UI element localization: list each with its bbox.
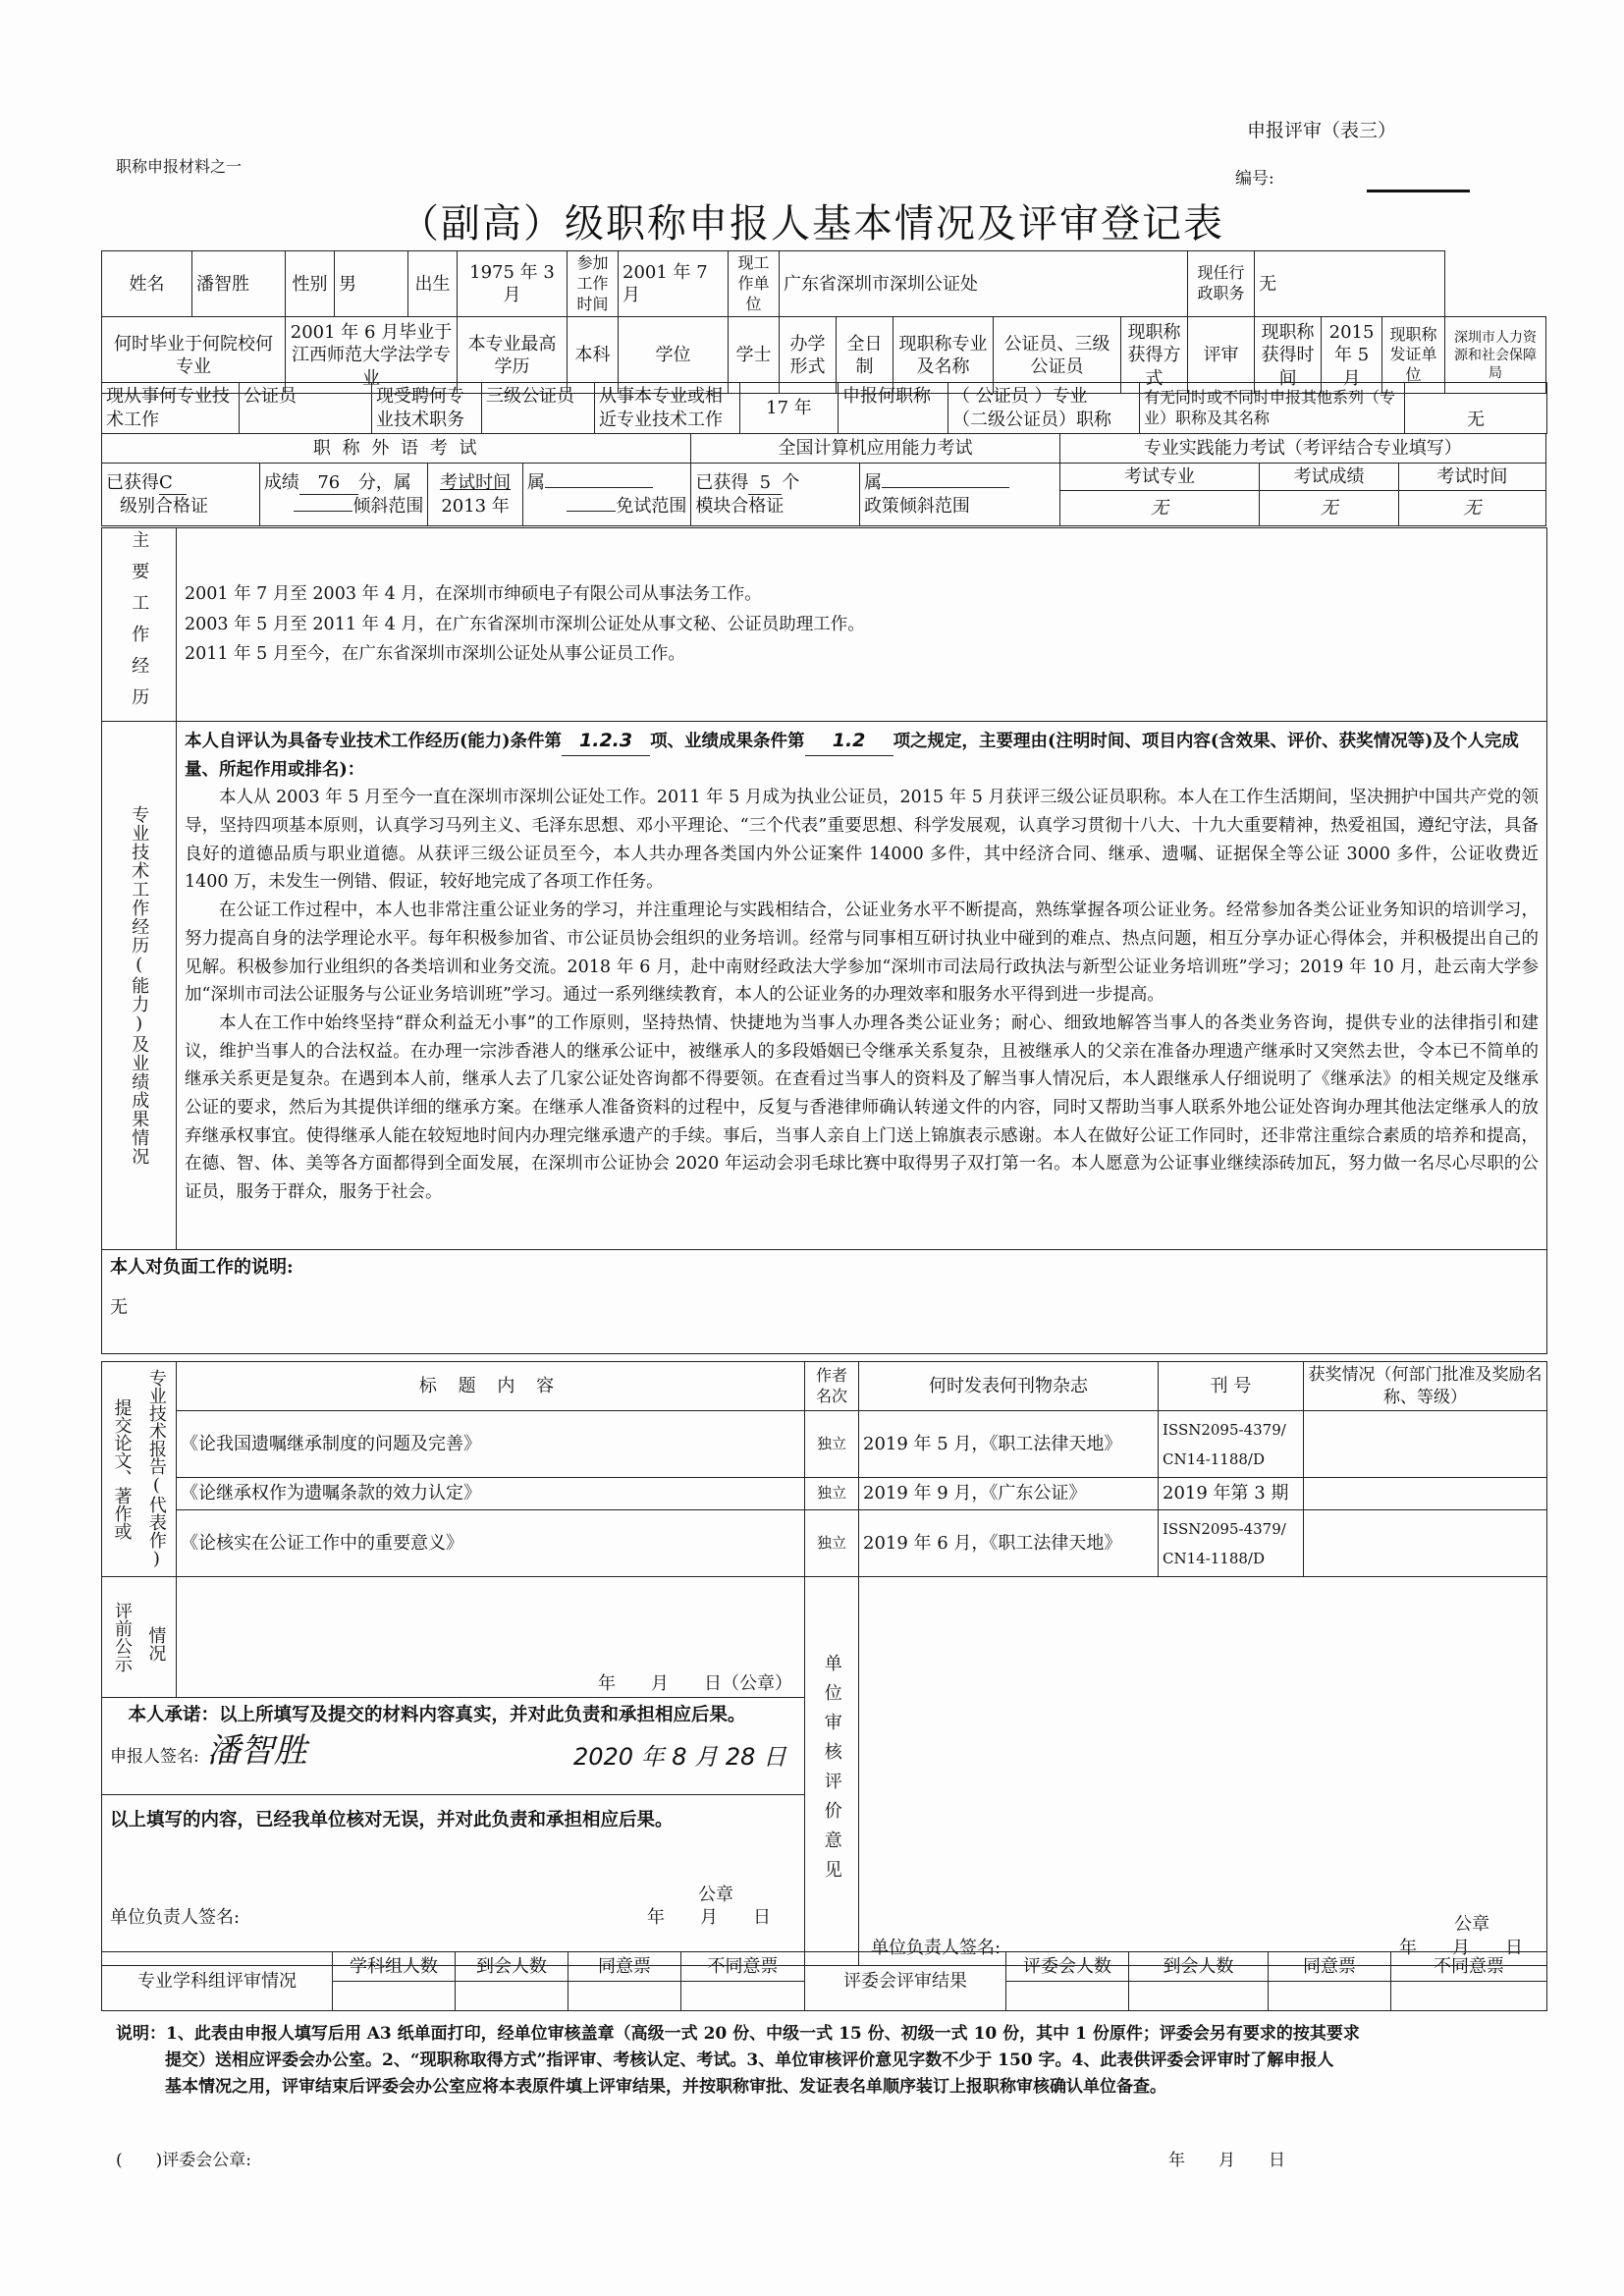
page-title: （副高）级职称申报人基本情况及评审登记表 (0, 192, 1624, 248)
pledge-cell: 本人承诺：以上所填写及提交的材料内容真实，并对此负责和承担相应后果。 申报人签名… (102, 1698, 805, 1795)
achievement-intro: 本人自评认为具备专业技术工作经历(能力)条件第1.2.3项、业绩成果条件第1.2… (185, 726, 1539, 784)
achievement-label-cell: 专业技术工作经历(能力)及业绩成果情况 (102, 722, 177, 1250)
tilt-label: 倾斜范围 (352, 496, 423, 517)
paper-award (1304, 1510, 1547, 1577)
exam-time-cell: 考试时间 2013 年 (428, 464, 522, 526)
practice-score-value: 无 (1260, 491, 1399, 526)
committee-col-agree: 同意票 (1269, 1952, 1391, 1982)
score-prefix: 成绩 (264, 472, 299, 493)
review-results-table: 专业学科组评审情况 学科组人数 到会人数 同意票 不同意票 评委会评审结果 评委… (101, 1951, 1547, 2011)
experience-label-cell: 主要工作经历 (102, 528, 177, 722)
note-line: 提交）送相应评委会办公室。2、“现职称取得方式”指评审、考核认定、考试。3、单位… (116, 2048, 1530, 2074)
group-col-disagree: 不同意票 (681, 1952, 805, 1982)
negative-label: 本人对负面工作的说明: (110, 1256, 1539, 1279)
note-line: 基本情况之用，评审结束后评委会办公室应将本表原件填上评审结果，并按职称审批、发证… (116, 2074, 1530, 2101)
modules-suffix: 个 (782, 472, 799, 493)
group-col-agree: 同意票 (568, 1952, 681, 1982)
group-col-present: 到会人数 (456, 1952, 568, 1982)
committee-col-present: 到会人数 (1129, 1952, 1269, 1982)
committee-disagree-field[interactable] (1391, 1982, 1547, 2011)
name-label: 姓名 (102, 251, 192, 317)
group-present-field[interactable] (456, 1982, 568, 2011)
unit-opinion-seal: 公章 (871, 1913, 1533, 1936)
exams-table: 职 称 外 语 考 试 全国计算机应用能力考试 专业实践能力考试（考评结合专业填… (101, 433, 1546, 526)
practice-col-score: 考试成绩 (1260, 464, 1399, 491)
review-opinion-table: 情况 评前公示 年 月 日（公章） 单位审核评价意见 公章 单位负责人签名: 年… (101, 1576, 1547, 1966)
unit-verify-cell: 以上填写的内容，已经我单位核对无误，并对此负责和承担相应后果。 公章 单位负责人… (102, 1795, 805, 1966)
paper-title: 《论核实在公证工作中的重要意义》 (177, 1510, 805, 1577)
paper-title: 《论继承权作为遗嘱条款的效力认定》 (177, 1478, 805, 1510)
achievement-paragraph: 本人在工作中始终坚持“群众利益无小事”的工作原则，坚持热情、快捷地为当事人办理各… (185, 1010, 1539, 1207)
foreign-exam-title: 职 称 外 语 考 试 (102, 434, 691, 464)
group-disagree-field[interactable] (681, 1982, 805, 2011)
basic-info-table: 姓名 潘智胜 性别 男 出生 1975 年 3 月 参加工作时间 2001 年 … (101, 250, 1546, 394)
modules-prefix: 已获得 (695, 472, 748, 493)
cert-suffix: 级别合格证 (106, 495, 255, 518)
practice-major-value: 无 (1059, 491, 1260, 526)
cert-cell: 已获得C 级别合格证 (102, 464, 260, 526)
papers-label-a: 提交论文、著作或 (110, 1369, 133, 1569)
committee-members-field[interactable] (1006, 1982, 1129, 2011)
paper-title: 《论我国遗嘱继承制度的问题及完善》 (177, 1411, 805, 1478)
work-start-label: 参加工作时间 (568, 251, 619, 317)
unit-verify-text: 以上填写的内容，已经我单位核对无误，并对此负责和承担相应后果。 (110, 1809, 796, 1832)
field-label: 现从事何专业技术工作 (102, 383, 240, 434)
paper-rank: 独立 (805, 1478, 859, 1510)
admin-post-label: 现任行政职务 (1188, 251, 1255, 317)
field-value: 公证员 (240, 383, 372, 434)
pledge-sign-label: 申报人签名: (110, 1747, 199, 1767)
intro-b: 项、业绩成果条件第 (650, 732, 805, 751)
experience-item: 2001 年 7 月至 2003 年 4 月，在深圳市绅硕电子有限公司从事法务工… (185, 579, 1543, 610)
committee-seal-label: ( )评委会公章: (116, 2146, 251, 2170)
apply-line2: （二级公证员）职称 (952, 409, 1135, 431)
exempt-cell: 属 免试范围 (522, 464, 691, 526)
committee-review-label: 评委会评审结果 (805, 1952, 1006, 2011)
unit-verify-date: 年 月 日 (647, 1906, 796, 1929)
achievement-paragraph: 本人从 2003 年 5 月至今一直在深圳市深圳公证处工作。2011 年 5 月… (185, 784, 1539, 897)
paper-issn: 2019 年第 3 期 (1159, 1478, 1304, 1510)
material-label: 职称申报材料之一 (116, 154, 242, 177)
apply-line1: （ 公证员 ）专业 (952, 385, 1135, 408)
group-col-members: 学科组人数 (333, 1952, 456, 1982)
admin-post-value: 无 (1255, 251, 1445, 317)
note-line: 说明：1、此表由申报人填写后用 A3 纸单面打印，经单位审核盖章（高级一式 20… (116, 2021, 1530, 2048)
hired-value: 三级公证员 (482, 383, 595, 434)
unit-opinion-label-cell: 单位审核评价意见 (805, 1577, 859, 1966)
experience-item: 2003 年 5 月至 2011 年 4 月，在广东省深圳市深圳公证处从事文秘、… (185, 610, 1543, 640)
form-type-label: 申报评审（表三） (1247, 116, 1396, 142)
paper-pub: 2019 年 6 月，《职工法律天地》 (859, 1510, 1159, 1577)
negative-value: 无 (110, 1296, 1539, 1319)
paper-row: 《论核实在公证工作中的重要意义》 独立 2019 年 6 月，《职工法律天地》 … (102, 1510, 1547, 1577)
group-review-label: 专业学科组评审情况 (102, 1952, 333, 2011)
publicity-label-b: 情况 (144, 1615, 167, 1672)
applicant-signature[interactable]: 潘智胜 (207, 1731, 307, 1771)
paper-issn: ISSN2095-4379/ CN14-1188/D (1159, 1510, 1304, 1577)
practice-exam-title: 专业实践能力考试（考评结合专业填写） (1059, 434, 1545, 464)
work-start-value: 2001 年 7 月 (619, 251, 729, 317)
committee-agree-field[interactable] (1269, 1982, 1391, 2011)
policy-prefix: 属 (864, 472, 882, 493)
employer-label: 现工作单位 (729, 251, 780, 317)
number-label: 编号: (1235, 164, 1274, 189)
score-suffix: 分，属 (358, 472, 411, 493)
paper-rank: 独立 (805, 1510, 859, 1577)
papers-header-title: 标 题 内 容 (177, 1362, 805, 1411)
paper-award (1304, 1478, 1547, 1510)
exempt-label: 免试范围 (616, 496, 686, 517)
gender-label: 性别 (286, 251, 335, 317)
paper-award (1304, 1411, 1547, 1478)
papers-header-issn: 刊 号 (1159, 1362, 1304, 1411)
name-value: 潘智胜 (192, 251, 286, 317)
practice-time-value: 无 (1398, 491, 1545, 526)
paper-rank: 独立 (805, 1411, 859, 1478)
condition-1: 1.2.3 (562, 726, 650, 756)
hired-label: 现受聘何专业技术职务 (372, 383, 482, 434)
other-apply-label: 有无同时或不同时申报其他系列（专业）职称及其名称 (1140, 383, 1405, 434)
paper-pub: 2019 年 9 月，《广东公证》 (859, 1478, 1159, 1510)
exam-time-value: 2013 年 (432, 495, 517, 518)
experience-label: 主要工作经历 (128, 530, 150, 719)
score-cell: 成绩76分，属 倾斜范围 (259, 464, 428, 526)
computer-exam-title: 全国计算机应用能力考试 (691, 434, 1059, 464)
birth-label: 出生 (408, 251, 458, 317)
notes: 说明：1、此表由申报人填写后用 A3 纸单面打印，经单位审核盖章（高级一式 20… (116, 2021, 1530, 2102)
committee-present-field[interactable] (1129, 1982, 1269, 2011)
paper-row: 《论我国遗嘱继承制度的问题及完善》 独立 2019 年 5 月，《职工法律天地》… (102, 1411, 1547, 1478)
publicity-label-cell: 情况 评前公示 (102, 1577, 177, 1698)
committee-seal-date: 年 月 日 (1168, 2146, 1285, 2170)
papers-header-award: 获奖情况（何部门批准及奖励名称、等级） (1304, 1362, 1547, 1411)
modules-label: 模块合格证 (695, 495, 855, 518)
negative-cell: 本人对负面工作的说明: 无 (102, 1250, 1547, 1354)
score-value: 76 (299, 471, 358, 495)
years-value: 17 年 (740, 383, 839, 434)
experience-list: 2001 年 7 月至 2003 年 4 月，在深圳市绅硕电子有限公司从事法务工… (177, 528, 1547, 722)
condition-2: 1.2 (805, 726, 893, 756)
papers-table: 专业技术报告(代表作) 提交论文、著作或 标 题 内 容 作者名次 何时发表何刊… (101, 1361, 1547, 1577)
policy-label: 政策倾斜范围 (864, 495, 1056, 518)
practice-col-time: 考试时间 (1398, 464, 1545, 491)
paper-issn: ISSN2095-4379/ CN14-1188/D (1159, 1411, 1304, 1478)
apply-label: 申报何职称 (839, 383, 948, 434)
intro-a: 本人自评认为具备专业技术工作经历(能力)条件第 (185, 732, 562, 751)
experience-table: 主要工作经历 2001 年 7 月至 2003 年 4 月，在深圳市绅硕电子有限… (101, 527, 1547, 1354)
experience-item: 2011 年 5 月至今，在广东省深圳市深圳公证处从事公证员工作。 (185, 639, 1543, 670)
publicity-label-a: 评前公示 (111, 1602, 134, 1672)
current-work-table: 现从事何专业技术工作 公证员 现受聘何专业技术职务 三级公证员 从事本专业或相近… (101, 382, 1547, 434)
achievement-paragraph: 在公证工作过程中，本人也非常注重公证业务的学习，并注重理论与实践相结合，公证业务… (185, 897, 1539, 1010)
group-agree-field[interactable] (568, 1982, 681, 2011)
group-members-field[interactable] (333, 1982, 456, 2011)
years-label: 从事本专业或相近专业技术工作 (595, 383, 740, 434)
papers-header-rank: 作者名次 (805, 1362, 859, 1411)
cert-prefix: 已获得 (106, 472, 159, 493)
papers-label-b: 专业技术报告(代表作) (145, 1369, 168, 1569)
achievement-label: 专业技术工作经历(能力)及业绩成果情况 (128, 805, 150, 1166)
pledge-date: 2020 年 8 月 28 日 (573, 1742, 796, 1773)
practice-col-major: 考试专业 (1059, 464, 1260, 491)
gender-value: 男 (335, 251, 408, 317)
unit-opinion-field[interactable]: 公章 单位负责人签名: 年 月 日 (859, 1577, 1547, 1966)
unit-opinion-label: 单位审核评价意见 (820, 1654, 842, 1889)
apply-value: （ 公证员 ）专业（二级公证员）职称 (948, 383, 1140, 434)
birth-value: 1975 年 3 月 (458, 251, 568, 317)
unit-verify-seal: 公章 (110, 1884, 796, 1906)
modules-cell: 已获得5个 模块合格证 (691, 464, 860, 526)
unit-verify-sign-label: 单位负责人签名: (110, 1906, 240, 1929)
achievement-content: 本人自评认为具备专业技术工作经历(能力)条件第1.2.3项、业绩成果条件第1.2… (177, 722, 1547, 1250)
paper-row: 《论继承权作为遗嘱条款的效力认定》 独立 2019 年 9 月，《广东公证》 2… (102, 1478, 1547, 1510)
exam-time-label: 考试时间 (432, 471, 517, 494)
publicity-date: 年 月 日（公章） (177, 1577, 805, 1698)
policy-cell: 属 政策倾斜范围 (859, 464, 1059, 526)
pledge-text: 本人承诺：以上所填写及提交的材料内容真实，并对此负责和承担相应后果。 (110, 1704, 796, 1727)
other-apply-value: 无 (1405, 383, 1547, 434)
paper-pub: 2019 年 5 月，《职工法律天地》 (859, 1411, 1159, 1478)
committee-col-disagree: 不同意票 (1391, 1952, 1547, 1982)
modules-value: 5 (748, 471, 782, 495)
cert-level: C (159, 471, 187, 495)
papers-header-pub: 何时发表何刊物杂志 (859, 1362, 1159, 1411)
committee-col-members: 评委会人数 (1006, 1952, 1129, 1982)
papers-label-cell: 专业技术报告(代表作) 提交论文、著作或 (102, 1362, 177, 1577)
exempt-prefix: 属 (527, 472, 545, 493)
employer-value: 广东省深圳市深圳公证处 (780, 251, 1188, 317)
